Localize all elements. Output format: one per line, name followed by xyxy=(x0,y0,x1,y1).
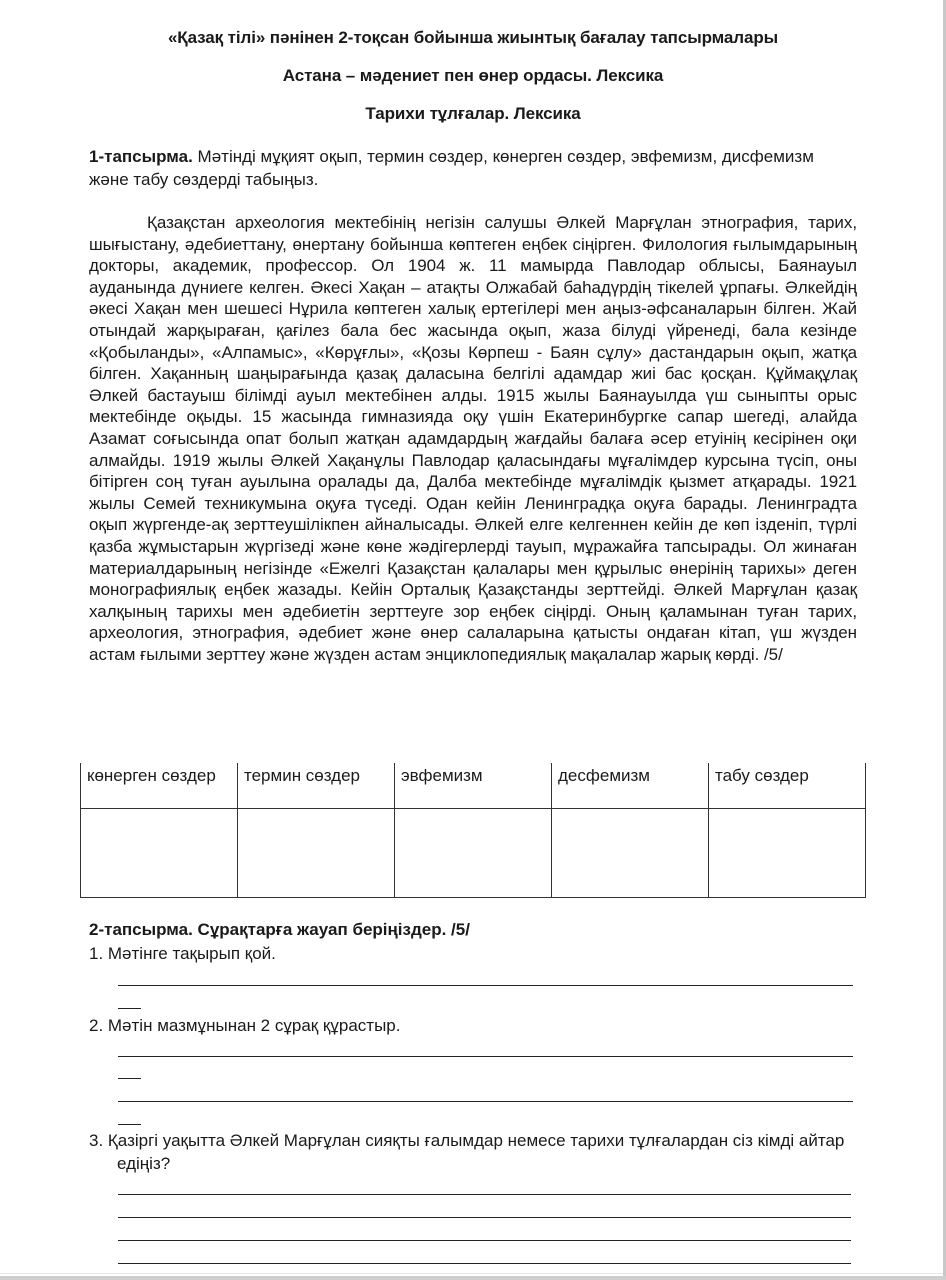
column-header-terms: термин сөздер xyxy=(238,763,395,809)
answer-line[interactable] xyxy=(118,1056,853,1057)
answer-cell-archaic-words[interactable] xyxy=(81,809,238,898)
question-2: 2. Мәтін мазмұнынан 2 сұрақ құрастыр. xyxy=(89,1014,857,1037)
document-subtitle: Астана – мәдениет пен өнер ордасы. Лекси… xyxy=(89,66,857,86)
answer-cell-euphemism[interactable] xyxy=(395,809,552,898)
column-header-archaic-words: көнерген сөздер xyxy=(81,763,238,809)
answer-line[interactable] xyxy=(118,1263,851,1264)
reading-text: Қазақстан археология мектебінің негізін … xyxy=(89,212,857,665)
page-edge-bottom xyxy=(0,1276,946,1280)
answer-cell-terms[interactable] xyxy=(238,809,395,898)
page-edge-bottom-line xyxy=(0,1273,943,1274)
task1-instruction-text: Мәтінді мұқият оқып, термин сөздер, көне… xyxy=(89,147,814,189)
answer-line-stub xyxy=(118,1008,141,1009)
column-header-euphemism: эвфемизм xyxy=(395,763,552,809)
document-title: «Қазақ тілі» пәнінен 2-тоқсан бойынша жи… xyxy=(89,28,857,48)
table-header-row: көнерген сөздер термин сөздер эвфемизм д… xyxy=(81,763,866,809)
table-row xyxy=(81,809,866,898)
answer-line[interactable] xyxy=(118,1217,851,1218)
question-1: 1. Мәтінге тақырып қой. xyxy=(89,942,857,965)
answer-line[interactable] xyxy=(118,1240,851,1241)
column-header-taboo-words: табу сөздер xyxy=(709,763,866,809)
answer-line[interactable] xyxy=(118,1194,851,1195)
question-3: 3. Қазіргі уақытта Әлкей Марғұлан сияқты… xyxy=(89,1129,857,1175)
answer-line-stub xyxy=(118,1078,141,1079)
answer-cell-dysphemism[interactable] xyxy=(552,809,709,898)
document-topic: Тарихи тұлғалар. Лексика xyxy=(89,104,857,124)
task1-instruction: 1-тапсырма. Мәтінді мұқият оқып, термин … xyxy=(89,145,857,191)
answer-line-stub xyxy=(118,1124,141,1125)
task1-label: 1-тапсырма. xyxy=(89,147,193,166)
answer-line[interactable] xyxy=(118,1101,853,1102)
task2-heading: 2-тапсырма. Сұрақтарға жауап беріңіздер.… xyxy=(89,920,470,940)
column-header-dysphemism: десфемизм xyxy=(552,763,709,809)
answer-line[interactable] xyxy=(118,985,853,986)
answer-cell-taboo-words[interactable] xyxy=(709,809,866,898)
vocabulary-table: көнерген сөздер термин сөздер эвфемизм д… xyxy=(80,763,866,898)
